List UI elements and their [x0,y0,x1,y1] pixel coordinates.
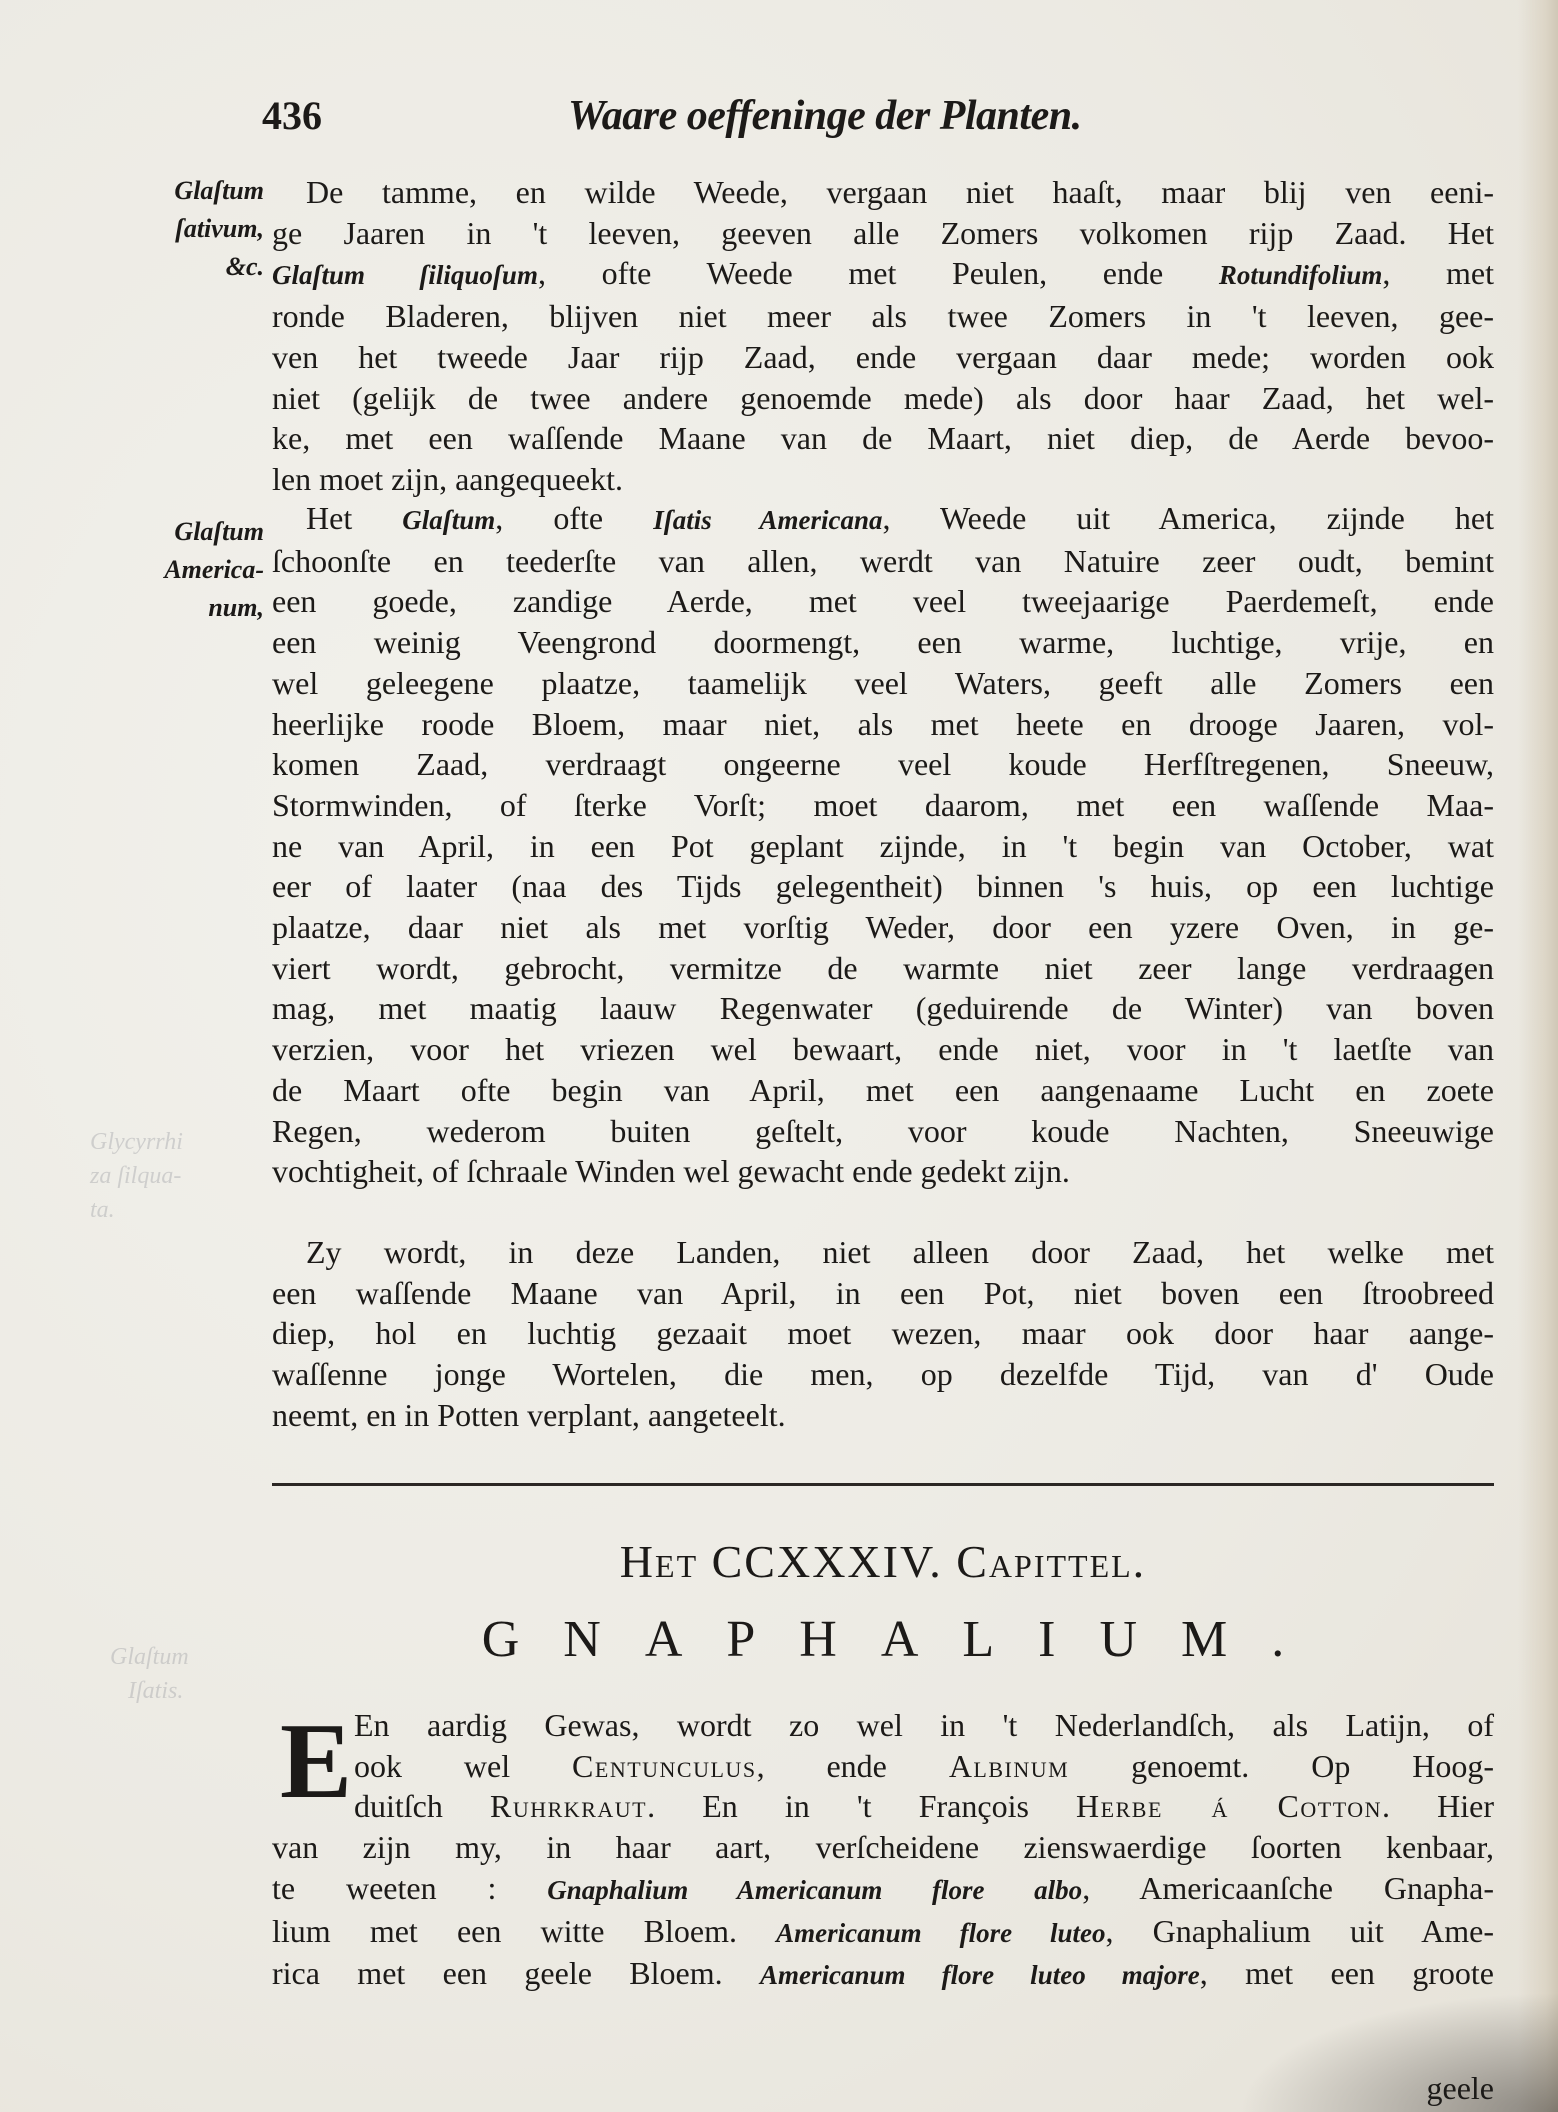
text-line: rica met een geele Bloem. Americanum flo… [272,1953,1494,1996]
text-line: te weeten : Gnaphalium Americanum flore … [272,1868,1494,1911]
section-divider [272,1483,1494,1486]
text-line: verzien, voor het vriezen wel bewaart, e… [272,1029,1494,1070]
latin-name: Iſatis Americana [653,505,882,535]
margin-note-line: num, [84,589,264,627]
text-line: vochtigheit, of ſchraale Winden wel gewa… [272,1151,1494,1192]
paragraph-propagation: Zy wordt, in deze Landen, niet alleen do… [272,1232,1494,1436]
text-line: ke, met een waſſende Maane van de Maart,… [272,418,1494,459]
bleed-through-note: Glaſtum Iſatis. [110,1640,189,1708]
paragraph-glastum-americanum: Het Glaſtum, ofte Iſatis Americana, Weed… [272,498,1494,1192]
text-line: Stormwinden, of ſterke Vorſt; moet daaro… [272,785,1494,826]
book-page: Glycyrrhiza ſilqua-ta. Glaſtum Iſatis. 4… [0,0,1558,2112]
latin-name: Gnaphalium Americanum flore albo [547,1875,1082,1905]
margin-note-line: Glaſtum [84,172,264,210]
text-line: En aardig Gewas, wordt zo wel in 't Nede… [272,1705,1494,1746]
latin-name: Glaſtum ſiliquoſum [272,260,538,290]
small-caps-name: Centunculus [572,1748,757,1784]
text-line: ronde Bladeren, blijven niet meer als tw… [272,296,1494,337]
text-line: Glaſtum ſiliquoſum, ofte Weede met Peule… [272,253,1494,296]
text-line: de Maart ofte begin van April, met een a… [272,1070,1494,1111]
margin-note-line: &c. [84,248,264,286]
margin-note-line: America- [84,551,264,589]
small-caps-name: Ruhrkraut [490,1788,647,1824]
text-line: ven het tweede Jaar rijp Zaad, ende verg… [272,337,1494,378]
plant-name-title: GNAPHALIUM. [272,1610,1494,1669]
text-line: viert wordt, gebrocht, vermitze de warmt… [272,948,1494,989]
text-line: een goede, zandige Aerde, met veel tweej… [272,581,1494,622]
text-line: diep, hol en luchtig gezaait moet wezen,… [272,1313,1494,1354]
text-line: eer of laater (naa des Tijds gelegenthei… [272,866,1494,907]
page-edge [1518,0,1558,2112]
paragraph-glastum-sativum: De tamme, en wilde Weede, vergaan niet h… [272,172,1494,500]
text-line: waſſenne jonge Wortelen, die men, op dez… [272,1354,1494,1395]
text-line: een waſſende Maane van April, in een Pot… [272,1273,1494,1314]
text-line: len moet zijn, aangequeekt. [272,459,1494,500]
catchword: geele [1427,2070,1495,2107]
text-line: van zijn my, in haar aart, verſcheidene … [272,1827,1494,1868]
corner-shadow [1238,1992,1558,2112]
text-line: duitſch Ruhrkraut. En in 't François Her… [272,1786,1494,1827]
text-line: neemt, en in Potten verplant, aangeteelt… [272,1395,1494,1436]
latin-name: Americanum flore luteo majore [760,1960,1200,1990]
running-head: Waare oeffeninge der Planten. [568,92,1082,140]
text-line: lium met een witte Bloem. Americanum flo… [272,1911,1494,1954]
text-line: komen Zaad, verdraagt ongeerne veel koud… [272,744,1494,785]
text-line: heerlijke roode Bloem, maar niet, als me… [272,704,1494,745]
page-header: 436 Waare oeffeninge der Planten. [262,92,1512,152]
text-line: Regen, wederom buiten geſtelt, voor koud… [272,1111,1494,1152]
margin-note-glastum-americanum: Glaſtum America- num, [84,513,264,627]
latin-name: Glaſtum [402,505,495,535]
margin-note-line: ſativum, [84,210,264,248]
chapter-body: En aardig Gewas, wordt zo wel in 't Nede… [272,1705,1494,1996]
text-line: Zy wordt, in deze Landen, niet alleen do… [272,1232,1494,1273]
small-caps-name: Albinum [949,1748,1069,1784]
text-line: niet (gelijk de twee andere genoemde med… [272,378,1494,419]
text-line: een weinig Veengrond doormengt, een warm… [272,622,1494,663]
latin-name: Americanum flore luteo [776,1918,1105,1948]
margin-note-glastum-sativum: Glaſtum ſativum, &c. [84,172,264,286]
text-line: plaatze, daar niet als met vorſtig Weder… [272,907,1494,948]
text-line: ſchoonſte en teederſte van allen, werdt … [272,541,1494,582]
latin-name: Rotundifolium [1219,260,1383,290]
text-line: ne van April, in een Pot geplant zijnde,… [272,826,1494,867]
page-number: 436 [262,92,322,139]
text-line: wel geleegene plaatze, taamelijk veel Wa… [272,663,1494,704]
bleed-through-note: Glycyrrhiza ſilqua-ta. [90,1125,183,1227]
text-line: Het Glaſtum, ofte Iſatis Americana, Weed… [272,498,1494,541]
text-line: ook wel Centunculus, ende Albinum genoem… [272,1746,1494,1787]
margin-note-line: Glaſtum [84,513,264,551]
text-line: De tamme, en wilde Weede, vergaan niet h… [272,172,1494,213]
text-line: mag, met maatig laauw Regenwater (geduir… [272,988,1494,1029]
text-line: ge Jaaren in 't leeven, geeven alle Zome… [272,213,1494,254]
small-caps-name: Herbe á Cotton [1076,1788,1382,1824]
chapter-heading: Het CCXXXIV. Capittel. [272,1535,1494,1588]
